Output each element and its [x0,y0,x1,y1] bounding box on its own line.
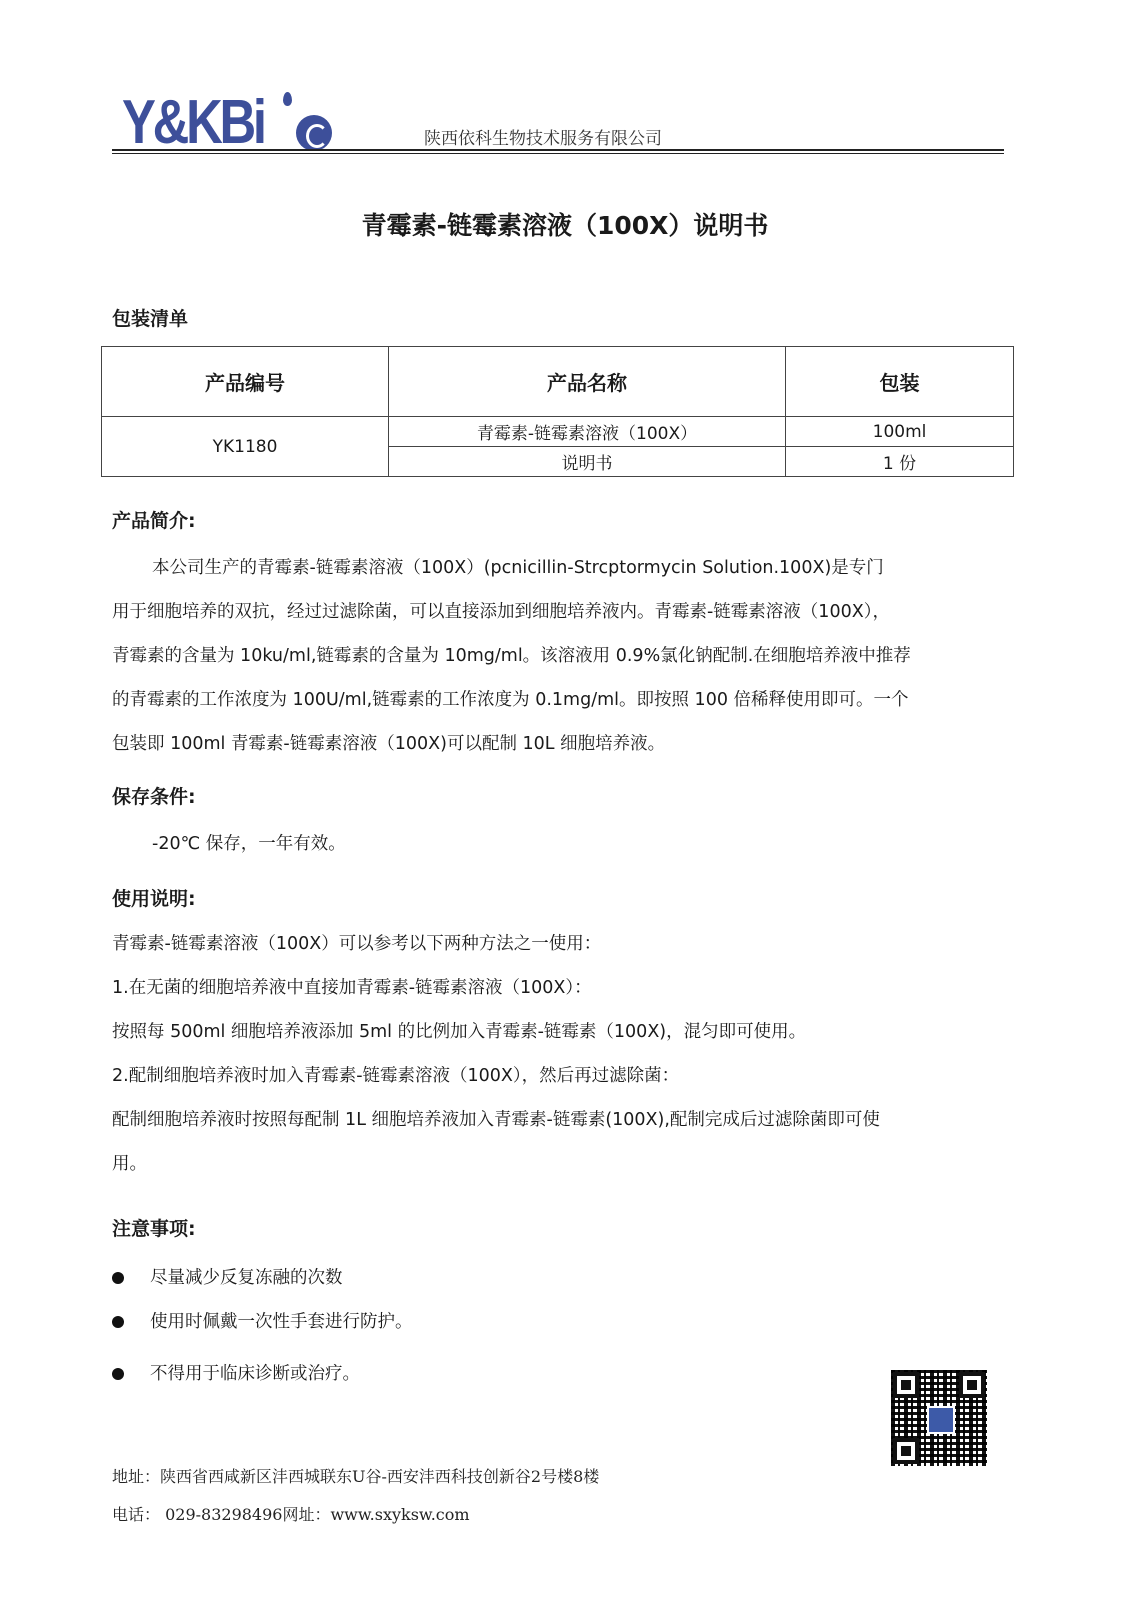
qr-logo [927,1406,955,1434]
usage-line: 青霉素-链霉素溶液（100X）可以参考以下两种方法之一使用： [112,922,1012,966]
qr-finder [893,1438,919,1464]
intro-line: 的青霉素的工作浓度为 100U/ml,链霉素的工作浓度为 0.1mg/ml。即按… [112,678,1012,722]
usage-line: 用。 [112,1142,1012,1186]
document-title: 青霉素-链霉素溶液（100X）说明书 [0,206,1130,242]
bullet-icon [112,1272,124,1284]
qr-finder [893,1372,919,1398]
usage-heading: 使用说明: [112,884,196,911]
storage-heading: 保存条件: [112,782,196,809]
product-name-cell: 说明书 [389,447,786,477]
packing-heading: 包装清单 [112,304,188,331]
pack-cell: 1 份 [786,447,1014,477]
intro-line: 包装即 100ml 青霉素-链霉素溶液（100X)可以配制 10L 细胞培养液。 [112,722,1012,766]
intro-line: 青霉素的含量为 10ku/ml,链霉素的含量为 10mg/ml。该溶液用 0.9… [112,634,1012,678]
usage-paragraph: 青霉素-链霉素溶液（100X）可以参考以下两种方法之一使用： 1.在无菌的细胞培… [112,922,1012,1186]
table-row: YK1180 青霉素-链霉素溶液（100X） 100ml [102,417,1014,447]
bullet-icon [112,1316,124,1328]
intro-paragraph: 本公司生产的青霉素-链霉素溶液（100X）(pcnicillin-Strcpto… [112,546,1012,766]
company-logo: Y&KBi [122,92,264,154]
company-name: 陕西依科生物技术服务有限公司 [424,124,662,149]
header-rule-thin [112,153,1004,154]
footer-contact: 电话： 029-83298496网址：www.sxyksw.com [112,1502,470,1525]
column-header: 产品名称 [389,347,786,417]
logo-microscope-icon [296,115,332,151]
column-header: 包装 [786,347,1014,417]
product-name-cell: 青霉素-链霉素溶液（100X） [389,417,786,447]
intro-heading: 产品简介: [112,506,196,533]
logo-drop-icon [283,92,292,106]
product-code-cell: YK1180 [102,417,389,477]
bullet-icon [112,1368,124,1380]
column-header: 产品编号 [102,347,389,417]
packing-table: 产品编号 产品名称 包装 YK1180 青霉素-链霉素溶液（100X） 100m… [101,346,1014,477]
header-rule [112,149,1004,151]
usage-line: 配制细胞培养液时按照每配制 1L 细胞培养液加入青霉素-链霉素(100X),配制… [112,1098,1012,1142]
usage-line: 1.在无菌的细胞培养液中直接加青霉素-链霉素溶液（100X）： [112,966,1012,1010]
qr-code-icon [891,1370,987,1466]
notes-heading: 注意事项: [112,1214,196,1241]
pack-cell: 100ml [786,417,1014,447]
list-item: 不得用于临床诊断或治疗。 [112,1360,360,1385]
usage-line: 2.配制细胞培养液时加入青霉素-链霉素溶液（100X），然后再过滤除菌： [112,1054,1012,1098]
list-item: 尽量减少反复冻融的次数 [112,1264,343,1289]
note-text: 尽量减少反复冻融的次数 [150,1268,343,1288]
intro-line: 用于细胞培养的双抗，经过过滤除菌，可以直接添加到细胞培养液内。青霉素-链霉素溶液… [112,590,1012,634]
intro-line: 本公司生产的青霉素-链霉素溶液（100X）(pcnicillin-Strcpto… [112,546,1012,590]
storage-text: -20℃ 保存，一年有效。 [112,822,1012,866]
table-header-row: 产品编号 产品名称 包装 [102,347,1014,417]
footer-address: 地址：陕西省西咸新区沣西城联东U谷-西安沣西科技创新谷2号楼8楼 [112,1464,599,1487]
qr-finder [959,1372,985,1398]
usage-line: 按照每 500ml 细胞培养液添加 5ml 的比例加入青霉素-链霉素（100X)… [112,1010,1012,1054]
note-text: 使用时佩戴一次性手套进行防护。 [150,1312,413,1332]
note-text: 不得用于临床诊断或治疗。 [150,1364,360,1384]
list-item: 使用时佩戴一次性手套进行防护。 [112,1308,413,1333]
